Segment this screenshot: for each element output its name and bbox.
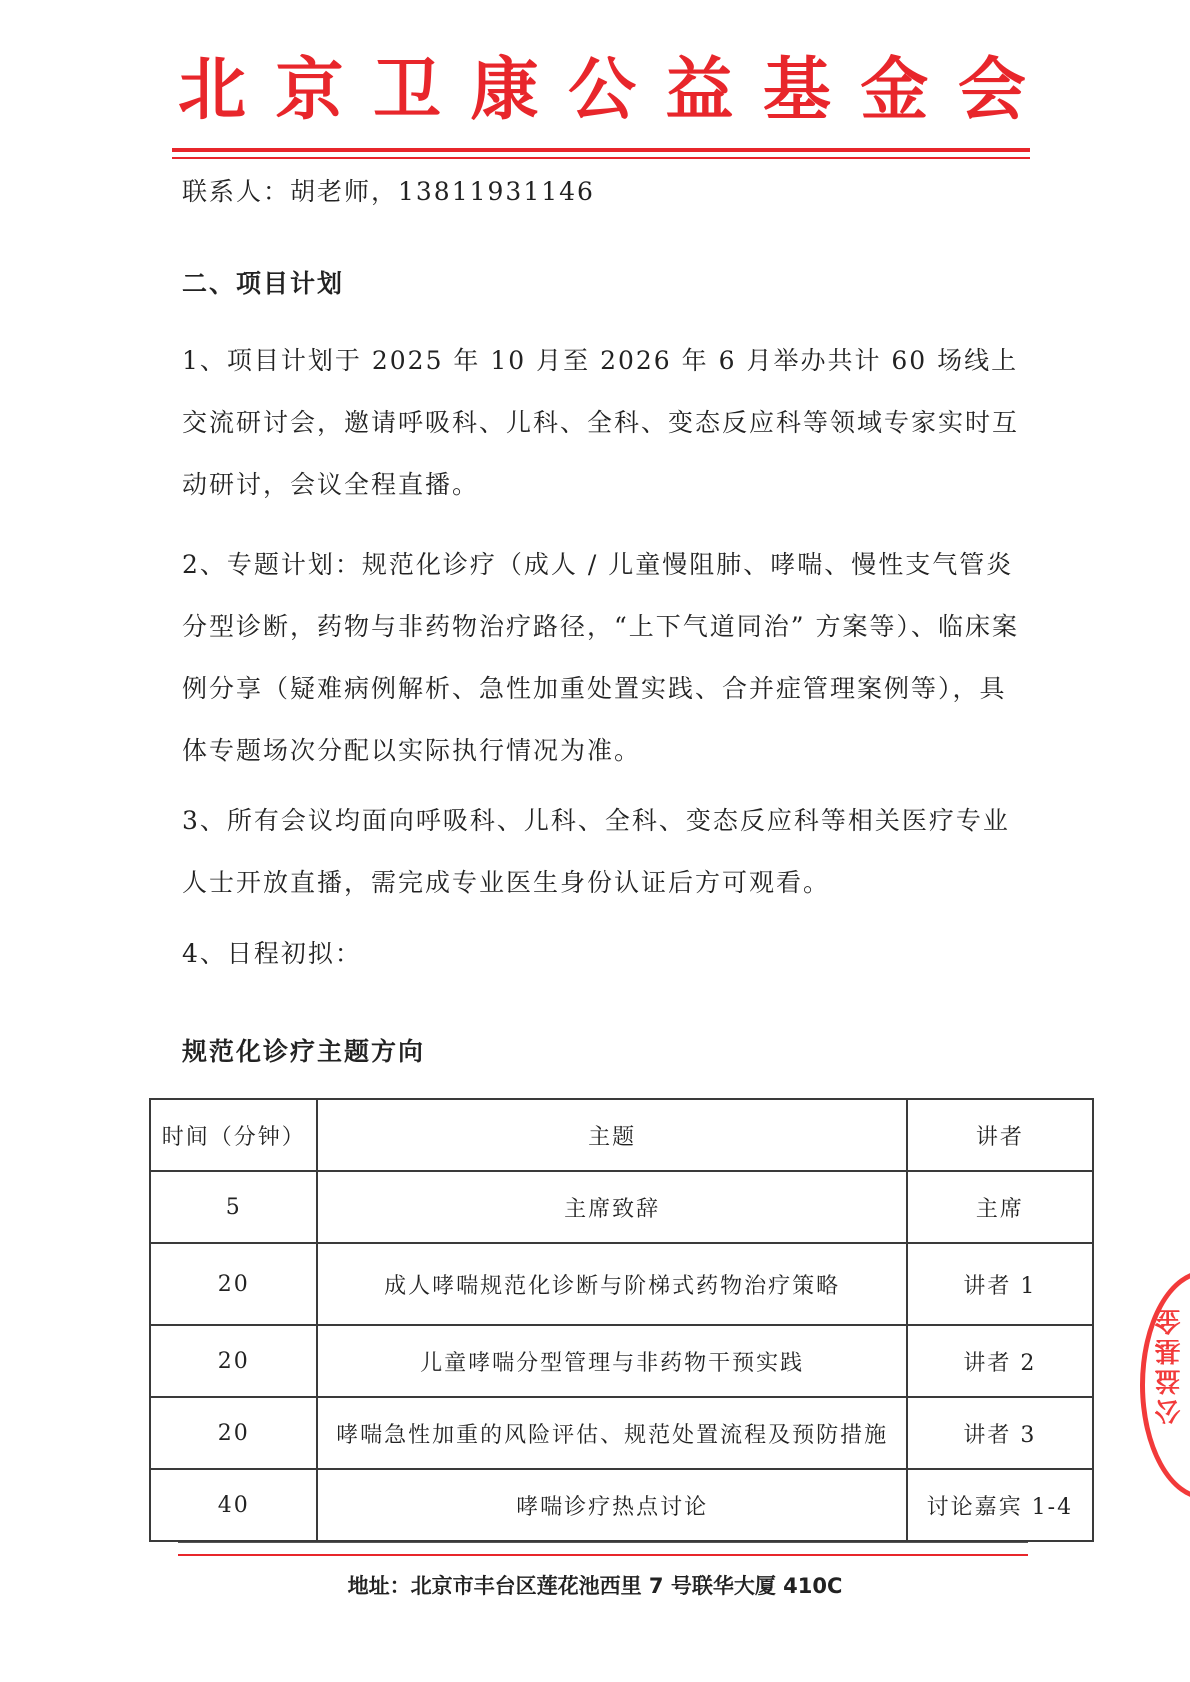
cell-time: 20: [150, 1397, 317, 1469]
letterhead-char: 益: [665, 52, 733, 128]
table-row: 20 儿童哮喘分型管理与非药物干预实践 讲者 2: [150, 1325, 1093, 1397]
table-row: 40 哮喘诊疗热点讨论 讨论嘉宾 1-4: [150, 1469, 1093, 1541]
footer-divider-red: [178, 1554, 1028, 1556]
letterhead-char: 会: [958, 52, 1026, 128]
cell-time: 40: [150, 1469, 317, 1541]
letterhead-char: 金: [860, 52, 928, 128]
footer-address: 地址：北京市丰台区莲花池西里 7 号联华大厦 410C: [0, 1570, 1190, 1602]
seal-text: 公益基金: [1151, 1305, 1188, 1425]
letterhead-divider-thick: [172, 148, 1030, 152]
cell-topic: 儿童哮喘分型管理与非药物干预实践: [317, 1325, 906, 1397]
paragraph-3: 3、所有会议均面向呼吸科、儿科、全科、变态反应科等相关医疗专业人士开放直播，需完…: [182, 790, 1022, 914]
schedule-table: 时间（分钟） 主题 讲者 5 主席致辞 主席 20 成人哮喘规范化诊断与阶梯式药…: [149, 1098, 1094, 1542]
schedule-title: 规范化诊疗主题方向: [182, 1024, 425, 1080]
letterhead-title: 北 京 卫 康 公 益 基 金 会: [178, 52, 1026, 128]
section-title: 二、项目计划: [182, 256, 1022, 312]
cell-topic: 哮喘急性加重的风险评估、规范处置流程及预防措施: [317, 1397, 906, 1469]
table-row: 20 成人哮喘规范化诊断与阶梯式药物治疗策略 讲者 1: [150, 1243, 1093, 1325]
letterhead-char: 卫: [373, 52, 441, 128]
table-header-row: 时间（分钟） 主题 讲者: [150, 1099, 1093, 1171]
cell-topic: 主席致辞: [317, 1171, 906, 1243]
paragraph-4: 4、日程初拟：: [182, 926, 1022, 982]
cell-speaker: 讲者 2: [907, 1325, 1093, 1397]
letterhead-char: 公: [568, 52, 636, 128]
footer-divider-dark: [178, 1542, 1028, 1543]
cell-topic: 成人哮喘规范化诊断与阶梯式药物治疗策略: [317, 1243, 906, 1325]
cell-time: 20: [150, 1243, 317, 1325]
paragraph-2: 2、专题计划：规范化诊疗（成人 / 儿童慢阻肺、哮喘、慢性支气管炎分型诊断，药物…: [182, 534, 1022, 782]
header-topic: 主题: [317, 1099, 906, 1171]
cell-speaker: 讨论嘉宾 1-4: [907, 1469, 1093, 1541]
letterhead-char: 康: [470, 52, 538, 128]
header-time: 时间（分钟）: [150, 1099, 317, 1171]
paragraph-1: 1、项目计划于 2025 年 10 月至 2026 年 6 月举办共计 60 场…: [182, 330, 1022, 516]
cell-time: 20: [150, 1325, 317, 1397]
cell-speaker: 主席: [907, 1171, 1093, 1243]
contact-line: 联系人：胡老师，13811931146: [182, 164, 1022, 220]
letterhead-char: 京: [275, 52, 343, 128]
official-seal-stamp: 公益基金: [1140, 1270, 1190, 1500]
table-row: 20 哮喘急性加重的风险评估、规范处置流程及预防措施 讲者 3: [150, 1397, 1093, 1469]
cell-speaker: 讲者 1: [907, 1243, 1093, 1325]
table-row: 5 主席致辞 主席: [150, 1171, 1093, 1243]
cell-time: 5: [150, 1171, 317, 1243]
cell-speaker: 讲者 3: [907, 1397, 1093, 1469]
cell-topic: 哮喘诊疗热点讨论: [317, 1469, 906, 1541]
letterhead-divider-thin: [172, 157, 1030, 159]
letterhead-char: 基: [763, 52, 831, 128]
header-speaker: 讲者: [907, 1099, 1093, 1171]
letterhead-char: 北: [178, 52, 246, 128]
